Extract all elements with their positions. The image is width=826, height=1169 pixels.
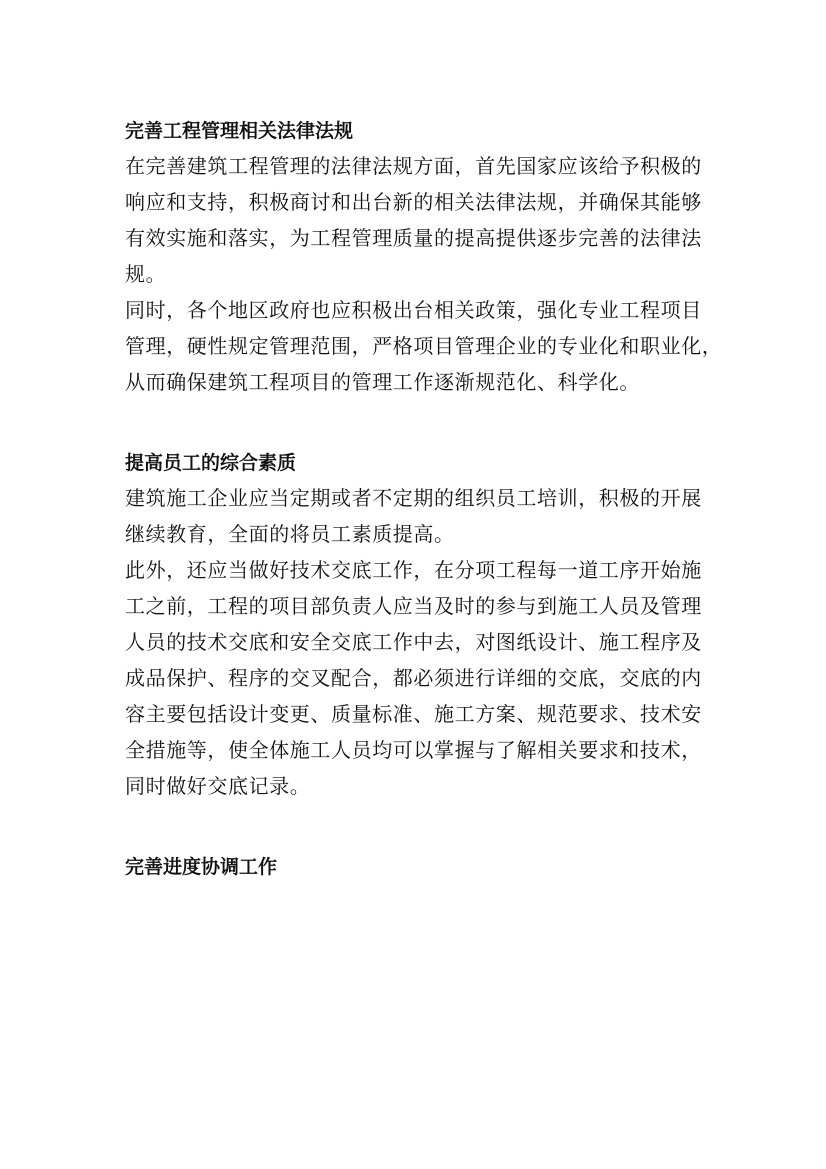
text-line: 人员的技术交底和安全交底工作中去，对图纸设计、施工程序及 — [125, 624, 715, 660]
section-spacer — [125, 400, 715, 450]
section-legal-framework: 完善工程管理相关法律法规 在完善建筑工程管理的法律法规方面，首先国家应该给予积极… — [125, 118, 715, 400]
text-line: 此外，还应当做好技术交底工作，在分项工程每一道工序开始施 — [125, 552, 715, 588]
text-line: 成品保护、程序的交叉配合，都必须进行详细的交底，交底的内 — [125, 660, 715, 696]
section-heading: 提高员工的综合素质 — [125, 450, 715, 476]
paragraph: 同时，各个地区政府也应积极出台相关政策，强化专业工程项目 管理，硬性规定管理范围… — [125, 292, 715, 400]
text-line: 全措施等，使全体施工人员均可以掌握与了解相关要求和技术， — [125, 732, 715, 768]
text-line: 继续教育，全面的将员工素质提高。 — [125, 516, 715, 552]
text-line: 工之前，工程的项目部负责人应当及时的参与到施工人员及管理 — [125, 588, 715, 624]
section-spacer — [125, 804, 715, 854]
text-line: 从而确保建筑工程项目的管理工作逐渐规范化、科学化。 — [125, 364, 715, 400]
text-line: 在完善建筑工程管理的法律法规方面，首先国家应该给予积极的 — [125, 148, 715, 184]
text-line: 响应和支持，积极商讨和出台新的相关法律法规，并确保其能够 — [125, 184, 715, 220]
text-line: 同时做好交底记录。 — [125, 768, 715, 804]
paragraph: 建筑施工企业应当定期或者不定期的组织员工培训，积极的开展 继续教育，全面的将员工… — [125, 480, 715, 552]
section-staff-quality: 提高员工的综合素质 建筑施工企业应当定期或者不定期的组织员工培训，积极的开展 继… — [125, 450, 715, 804]
text-line: 管理，硬性规定管理范围，严格项目管理企业的专业化和职业化， — [125, 328, 715, 364]
document-page: 完善工程管理相关法律法规 在完善建筑工程管理的法律法规方面，首先国家应该给予积极… — [125, 118, 715, 884]
paragraph: 在完善建筑工程管理的法律法规方面，首先国家应该给予积极的 响应和支持，积极商讨和… — [125, 148, 715, 292]
section-heading: 完善进度协调工作 — [125, 854, 715, 880]
paragraph: 此外，还应当做好技术交底工作，在分项工程每一道工序开始施 工之前，工程的项目部负… — [125, 552, 715, 804]
section-heading: 完善工程管理相关法律法规 — [125, 118, 715, 144]
text-line: 有效实施和落实，为工程管理质量的提高提供逐步完善的法律法 — [125, 220, 715, 256]
text-line: 容主要包括设计变更、质量标准、施工方案、规范要求、技术安 — [125, 696, 715, 732]
text-line: 建筑施工企业应当定期或者不定期的组织员工培训，积极的开展 — [125, 480, 715, 516]
text-line: 规。 — [125, 256, 715, 292]
section-progress-coordination: 完善进度协调工作 — [125, 854, 715, 880]
text-line: 同时，各个地区政府也应积极出台相关政策，强化专业工程项目 — [125, 292, 715, 328]
